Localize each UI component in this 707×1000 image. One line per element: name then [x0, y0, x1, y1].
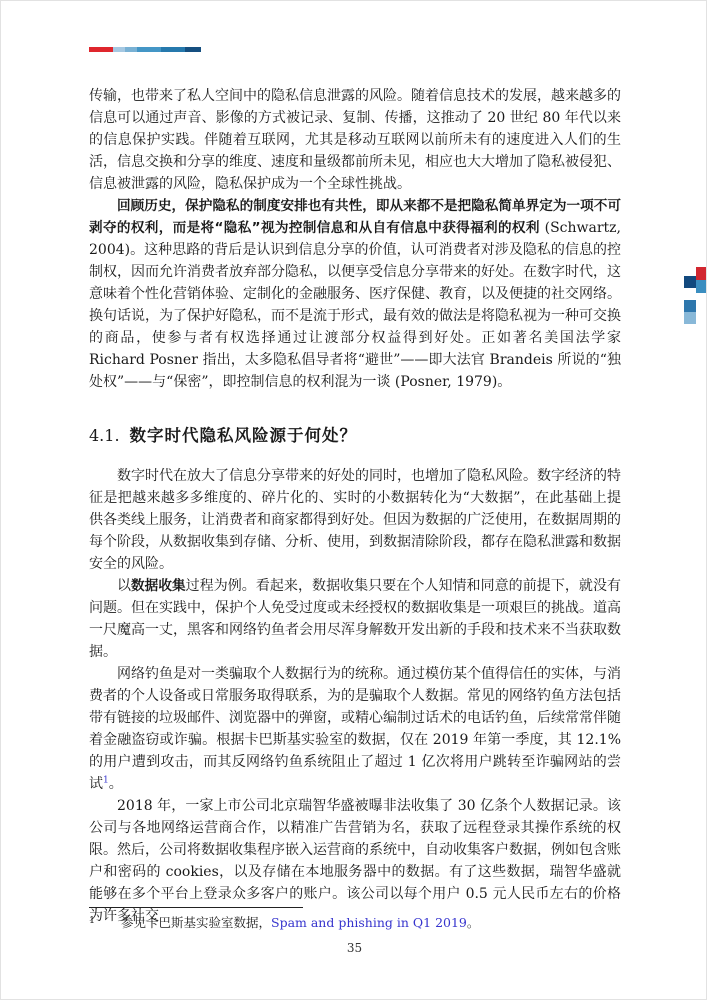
footnote: 1参见卡巴斯基实验室数据，Spam and phishing in Q1 201… — [89, 914, 621, 932]
page-number: 35 — [1, 941, 707, 955]
header-color-bar — [89, 47, 201, 52]
margin-deco-navy-square — [684, 276, 696, 288]
document-page: 传输，也带来了私人空间中的隐私信息泄露的风险。随着信息技术的发展，越来越多的信息… — [0, 0, 707, 1000]
body-paragraph: 数字时代在放大了信息分享带来的好处的同时，也增加了隐私风险。数字经济的特征是把越… — [89, 465, 621, 575]
text-run: 网络钓鱼是对一类骗取个人数据行为的统称。通过模仿某个值得信任的实体，与消费者的个… — [89, 666, 621, 792]
text-run: (Schwartz, 2004)。这种思路的背后是认识到信息分享的价值，认可消费… — [89, 220, 621, 390]
body-text: 传输，也带来了私人空间中的隐私信息泄露的风险。随着信息技术的发展，越来越多的信息… — [89, 85, 621, 927]
bar-segment-lightblue — [113, 47, 125, 52]
section-title: 数字时代隐私风险源于何处？ — [130, 426, 358, 445]
body-paragraph: 传输，也带来了私人空间中的隐私信息泄露的风险。随着信息技术的发展，越来越多的信息… — [89, 85, 621, 195]
margin-deco-blue-square — [684, 300, 696, 312]
section-number: 4.1. — [89, 426, 120, 445]
bar-segment-darkblue — [161, 47, 185, 52]
margin-deco-light-square — [684, 312, 696, 324]
footnote-suffix: 。 — [467, 915, 480, 930]
footnote-marker: 1 — [89, 914, 121, 928]
body-paragraph: 网络钓鱼是对一类骗取个人数据行为的统称。通过模仿某个值得信任的实体，与消费者的个… — [89, 663, 621, 795]
text-run: 2018 年，一家上市公司北京瑞智华盛被曝非法收集了 30 亿条个人数据记录。该… — [89, 798, 621, 924]
bar-segment-red — [89, 47, 113, 52]
text-run: 传输，也带来了私人空间中的隐私信息泄露的风险。随着信息技术的发展，越来越多的信息… — [89, 88, 621, 192]
footnote-link[interactable]: Spam and phishing in Q1 2019 — [271, 915, 467, 930]
bar-segment-midblue — [137, 47, 161, 52]
bar-segment-blue — [125, 47, 137, 52]
text-run: 数字时代在放大了信息分享带来的好处的同时，也增加了隐私风险。数字经济的特征是把越… — [89, 468, 621, 572]
section-heading: 4.1.数字时代隐私风险源于何处？ — [89, 423, 621, 449]
body-paragraph: 以数据收集过程为例。看起来，数据收集只要在个人知情和同意的前提下，就没有问题。但… — [89, 575, 621, 663]
bold-text: 数据收集 — [131, 578, 186, 594]
margin-deco-red-square — [696, 267, 707, 280]
footnote-rule — [89, 907, 303, 908]
margin-deco-steel-square — [696, 280, 707, 293]
body-paragraph: 回顾历史，保护隐私的制度安排也有共性，即从来都不是把隐私简单界定为一项不可剥夺的… — [89, 195, 621, 393]
text-run: 以 — [117, 578, 131, 594]
footnote-text: 参见卡巴斯基实验室数据， — [121, 915, 271, 930]
text-run: 。 — [109, 776, 123, 792]
bar-segment-navy — [185, 47, 201, 52]
